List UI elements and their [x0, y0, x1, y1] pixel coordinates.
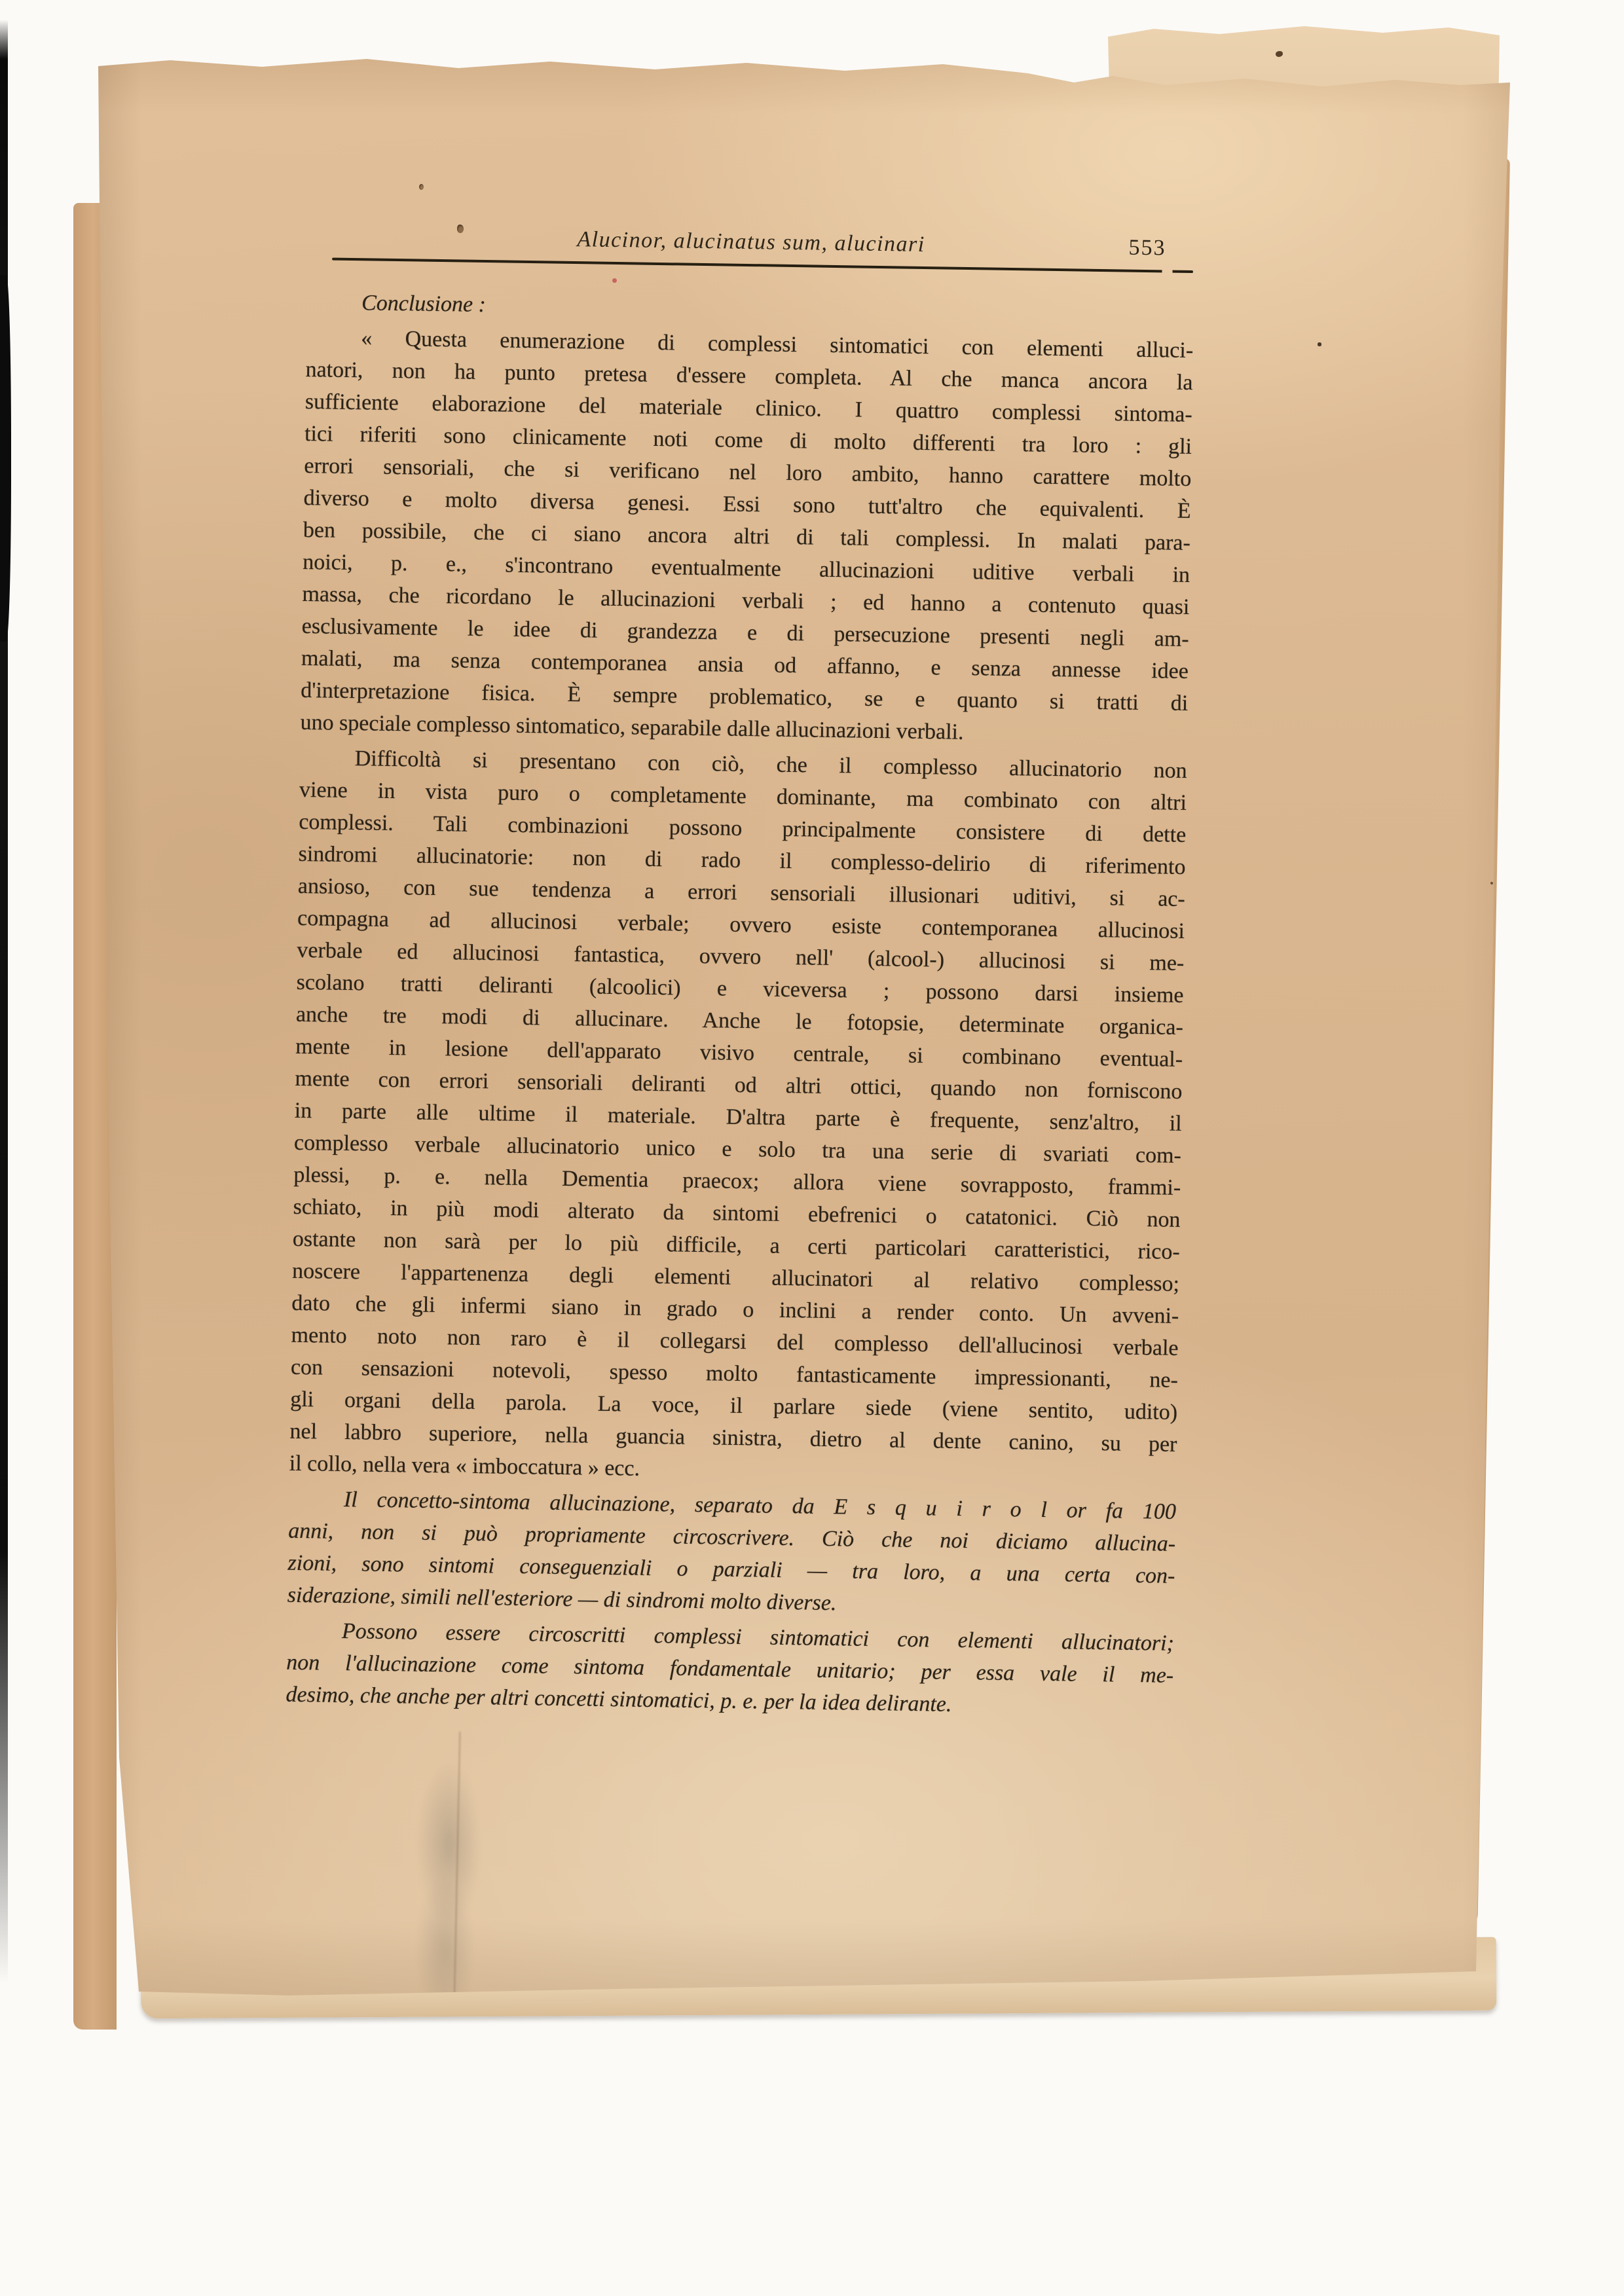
page-number: 553: [1128, 232, 1166, 265]
wormhole: [419, 184, 424, 190]
paper-stain: [411, 1753, 487, 2014]
paper-speck: [1318, 342, 1321, 346]
scan-canvas: Alucinor, alucinatus sum, alucinari 553 …: [0, 0, 1624, 2296]
running-header: Alucinor, alucinatus sum, alucinari 553: [307, 219, 1195, 265]
paragraph: « Questa enumerazione di complessi sinto…: [300, 321, 1193, 752]
body-text: Conclusione :« Questa enumerazione di co…: [286, 286, 1194, 1724]
paragraph: Difficoltà si presentano con ciò, che il…: [289, 742, 1187, 1493]
paper-speck: [1490, 882, 1493, 884]
paragraph: Il concetto-sintoma allucinazione, separ…: [287, 1483, 1176, 1624]
red-ink-dot: [612, 278, 617, 283]
paragraph: Possono essere circoscritti complessi si…: [286, 1614, 1174, 1724]
document-page: Alucinor, alucinatus sum, alucinari 553 …: [92, 56, 1513, 1997]
running-header-title: Alucinor, alucinatus sum, alucinari: [307, 219, 1195, 265]
wormhole: [457, 225, 464, 233]
printed-area: Alucinor, alucinatus sum, alucinari 553 …: [286, 219, 1195, 1727]
paper-speck: [1276, 51, 1283, 57]
scanner-edge-shadow-bulge: [0, 275, 11, 642]
